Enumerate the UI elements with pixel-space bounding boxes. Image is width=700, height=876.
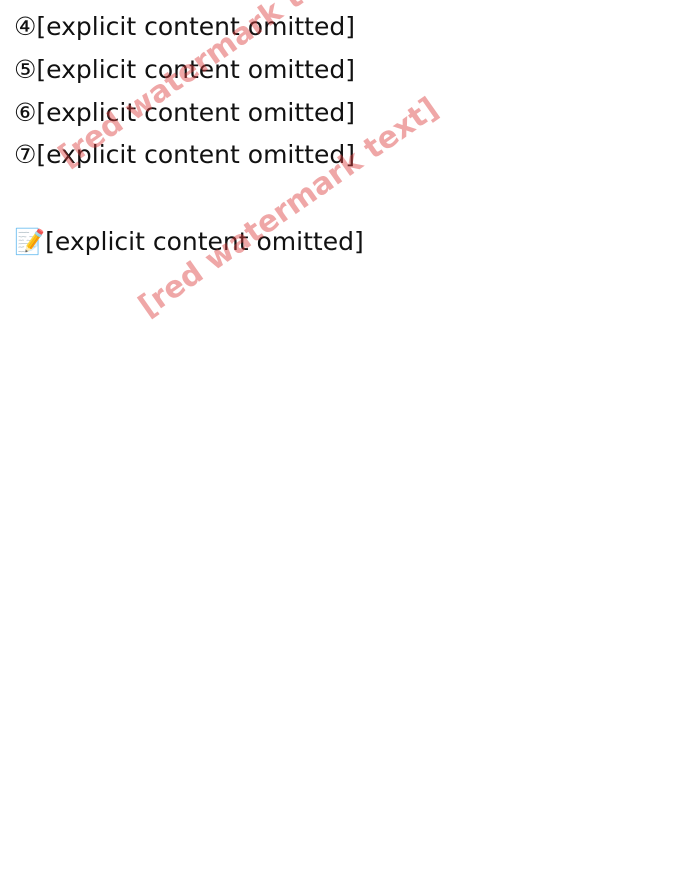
list-paragraph: ⑦[explicit content omitted] xyxy=(14,136,686,175)
list-paragraph: ④[explicit content omitted] xyxy=(14,8,686,47)
list-paragraph: ⑤[explicit content omitted] xyxy=(14,51,686,90)
closing-note: 📝[explicit content omitted] xyxy=(14,223,686,262)
list-paragraph: ⑥[explicit content omitted] xyxy=(14,94,686,133)
memo-icon: 📝 xyxy=(14,227,45,256)
document-page: ④[explicit content omitted] ⑤[explicit c… xyxy=(0,0,700,274)
